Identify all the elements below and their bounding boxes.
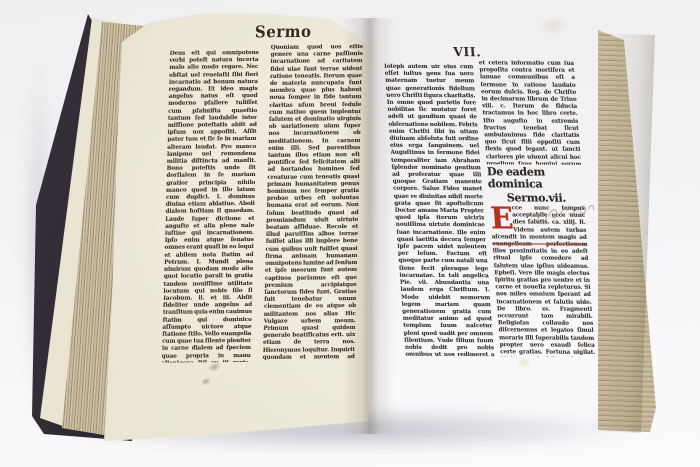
right-page-text-layer: VII. Ioſeph autem uir eius cum eſſet iuſ… (0, 0, 700, 467)
right-column-1: Ioſeph autem uir eius cum eſſet iuſtus g… (384, 64, 494, 356)
drop-cap-initial: E (489, 206, 511, 233)
paragraph-text: illos proximitatis in eo adeſt ritual ip… (493, 248, 596, 356)
rubric-heading-line1: De eadem dominica (487, 166, 584, 190)
book-photo: Sermo Deus eſt qui omnipotens verbi pote… (0, 0, 700, 467)
right-page-header: VII. (444, 44, 491, 59)
right-column-2-upper-text: et cetera informatio cum ſua propoſita c… (479, 60, 582, 164)
rubricated-word: euangelicam perfectionem (492, 241, 587, 247)
